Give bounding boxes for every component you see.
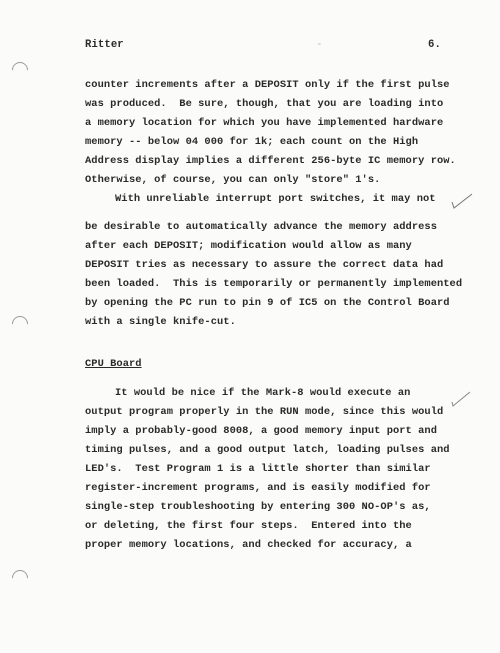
text-line: LED's. Test Program 1 is a little shorte… [85, 463, 431, 475]
punch-hole-icon [9, 567, 32, 590]
header-dash: - [316, 39, 322, 51]
checkmark-icon [450, 192, 474, 212]
text-line: imply a probably-good 8008, a good memor… [85, 425, 437, 437]
text-line: with a single knife-cut. [85, 316, 236, 328]
checkmark-icon [450, 390, 474, 410]
text-line: after each DEPOSIT; modification would a… [85, 240, 412, 252]
text-line: was produced. Be sure, though, that you … [85, 98, 443, 110]
text-line: output program properly in the RUN mode,… [85, 406, 443, 418]
text-line: Address display implies a different 256-… [85, 155, 456, 167]
text-line: timing pulses, and a good output latch, … [85, 444, 450, 456]
text-line: be desirable to automatically advance th… [85, 221, 437, 233]
text-line: proper memory locations, and checked for… [85, 539, 412, 551]
text-line: It would be nice if the Mark-8 would exe… [115, 387, 410, 399]
punch-hole-icon [9, 59, 32, 82]
document-page: Ritter - 6. counter increments after a D… [0, 0, 500, 653]
text-line: Otherwise, of course, you can only "stor… [85, 174, 380, 186]
text-line: by opening the PC run to pin 9 of IC5 on… [85, 297, 450, 309]
text-line: DEPOSIT tries as necessary to assure the… [85, 259, 443, 271]
text-line: memory -- below 04 000 for 1k; each coun… [85, 136, 418, 148]
text-line: With unreliable interrupt port switches,… [115, 193, 436, 205]
section-heading: CPU Board [85, 358, 142, 370]
text-line: or deleting, the first four steps. Enter… [85, 520, 412, 532]
text-line: single-step troubleshooting by entering … [85, 501, 431, 513]
text-line: counter increments after a DEPOSIT only … [85, 79, 450, 91]
text-line: been loaded. This is temporarily or perm… [85, 278, 462, 290]
text-line: a memory location for which you have imp… [85, 117, 443, 129]
text-line: register-increment programs, and is easi… [85, 482, 431, 494]
header-author: Ritter [85, 39, 124, 51]
punch-hole-icon [9, 313, 32, 336]
page-number: 6. [428, 39, 441, 51]
